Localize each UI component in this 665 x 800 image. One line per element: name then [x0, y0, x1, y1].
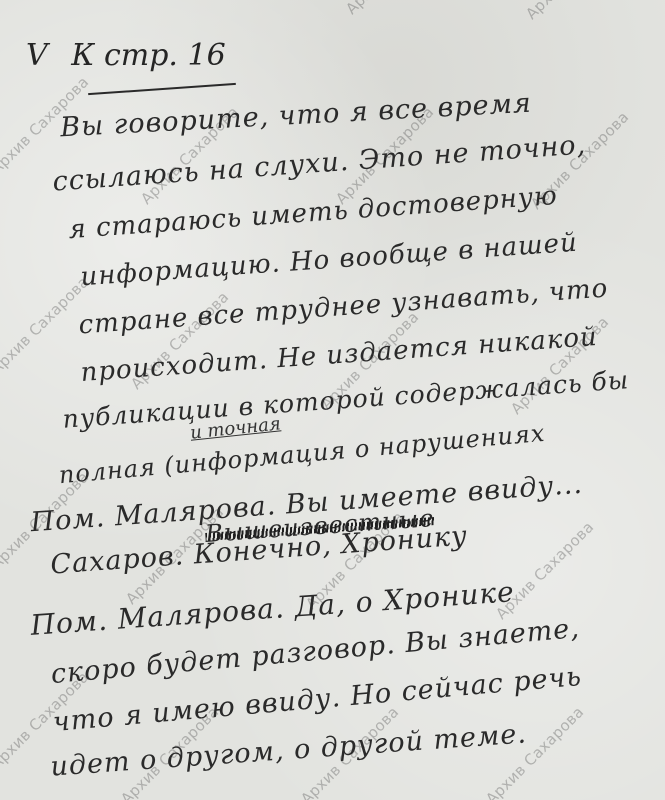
page-reference: К стр. 16: [71, 38, 225, 73]
checkmark-icon: V: [26, 38, 48, 73]
page-reference-header: V К стр. 16: [26, 38, 226, 73]
